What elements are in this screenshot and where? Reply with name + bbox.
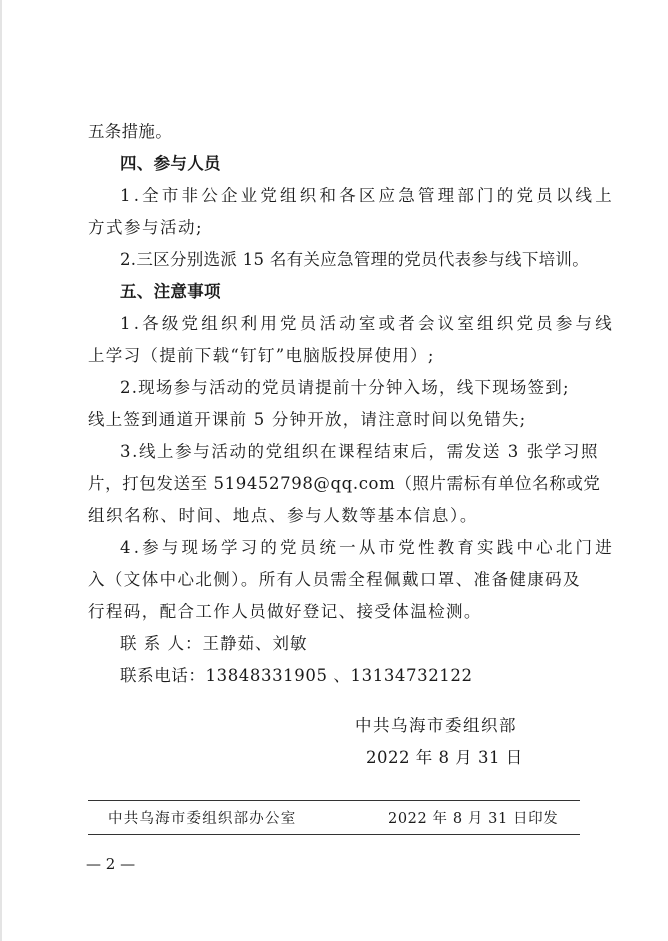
text-line: 组织名称、时间、地点、参与人数等基本信息）。 — [88, 502, 478, 526]
footer-top-rule — [88, 800, 580, 801]
signature-org: 中共乌海市委组织部 — [355, 712, 517, 736]
text-line: 上学习（提前下载“钉钉”电脑版投屏使用）; — [88, 342, 435, 366]
section-heading-participants: 四、参与人员 — [120, 150, 221, 174]
text-line: 线上签到通道开课前 5 分钟开放，请注意时间以免错失; — [88, 406, 526, 430]
text-line: 4.参与现场学习的党员统一从市党性教育实践中心北门进 — [120, 534, 615, 558]
text-line: 3.线上参与活动的党组织在课程结束后，需发送 3 张学习照 — [120, 438, 599, 462]
text-line: 五条措施。 — [88, 118, 172, 142]
text-line: 1.各级党组织利用党员活动室或者会议室组织党员参与线 — [120, 310, 615, 334]
page-number: — 2 — — [86, 855, 135, 873]
text-line-email: 片，打包发送至 519452798@qq.com（照片需标有单位名称或党 — [88, 470, 601, 494]
footer-bottom-rule — [88, 834, 580, 835]
text-line: 入（文体中心北侧）。所有人员需全程佩戴口罩、准备健康码及 — [88, 566, 581, 590]
text-line: 行程码，配合工作人员做好登记、接受体温检测。 — [88, 598, 482, 622]
footer-issue-date: 2022 年 8 月 31 日印发 — [388, 807, 558, 828]
text-line: 2.现场参与活动的党员请提前十分钟入场，线下现场签到; — [120, 374, 570, 398]
signature-date: 2022 年 8 月 31 日 — [366, 744, 523, 768]
text-line: 方式参与活动; — [88, 214, 203, 238]
text-line: 2.三区分别选派 15 名有关应急管理的党员代表参与线下培训。 — [120, 246, 589, 270]
contact-person: 联 系 人：王静茹、刘敏 — [120, 630, 308, 654]
page-edge — [0, 0, 2, 941]
contact-phone: 联系电话：13848331905 、13134732122 — [120, 662, 473, 686]
footer-issuer: 中共乌海市委组织部办公室 — [108, 807, 296, 828]
text-line: 1.全市非公企业党组织和各区应急管理部门的党员以线上 — [120, 182, 615, 206]
section-heading-notes: 五、注意事项 — [120, 278, 221, 302]
